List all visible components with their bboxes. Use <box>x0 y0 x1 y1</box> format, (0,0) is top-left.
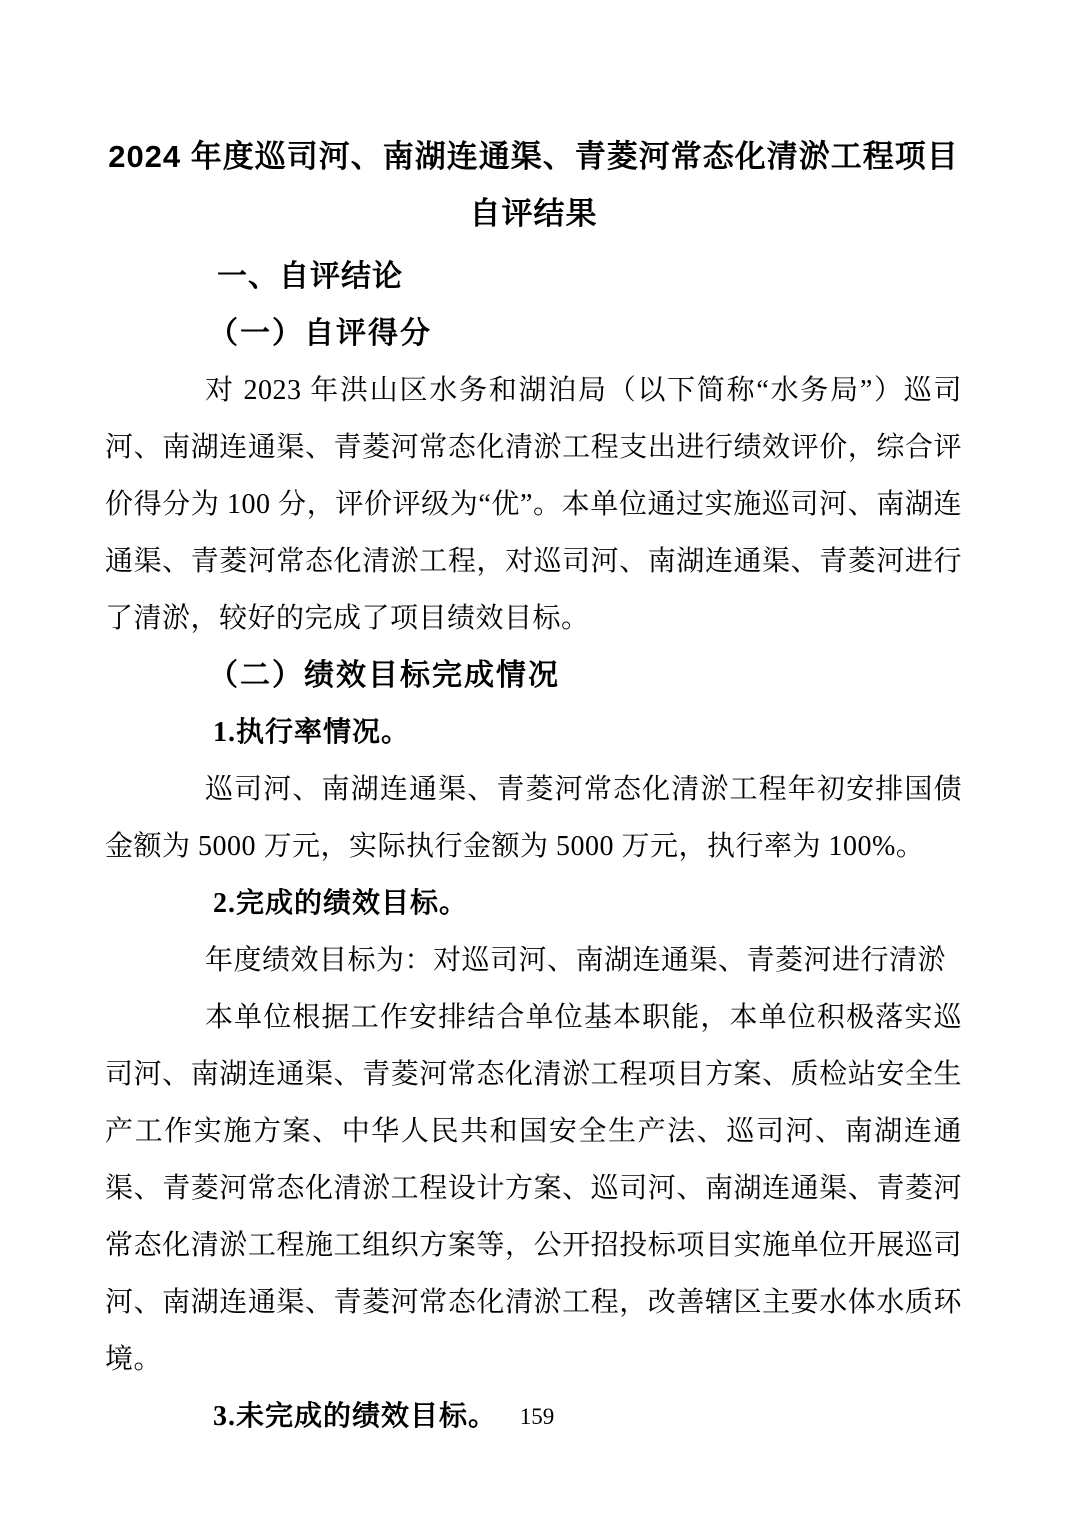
paragraph-self-evaluation-score: 对 2023 年洪山区水务和湖泊局（以下简称“水务局”）巡司河、南湖连通渠、青菱… <box>105 362 962 647</box>
heading-item-1-execution-rate: 1.执行率情况。 <box>213 704 962 761</box>
paragraph-execution-rate: 巡司河、南湖连通渠、青菱河常态化清淤工程年初安排国债金额为 5000 万元，实际… <box>105 761 962 875</box>
document-content: 2024 年度巡司河、南湖连通渠、青菱河常态化清淤工程项目自评结果 一、自评结论… <box>0 0 1074 1445</box>
heading-subsection-1-2: （二）绩效目标完成情况 <box>208 647 962 704</box>
document-page: 2024 年度巡司河、南湖连通渠、青菱河常态化清淤工程项目自评结果 一、自评结论… <box>0 0 1074 1520</box>
paragraph-goal-implementation: 本单位根据工作安排结合单位基本职能，本单位积极落实巡司河、南湖连通渠、青菱河常态… <box>105 989 962 1388</box>
heading-item-2-completed-goals: 2.完成的绩效目标。 <box>213 875 962 932</box>
page-number: 159 <box>0 1403 1074 1431</box>
heading-subsection-1-1: （一）自评得分 <box>208 305 962 362</box>
heading-section-1: 一、自评结论 <box>217 248 962 305</box>
paragraph-annual-goal: 年度绩效目标为：对巡司河、南湖连通渠、青菱河进行清淤 <box>105 932 962 989</box>
document-title: 2024 年度巡司河、南湖连通渠、青菱河常态化清淤工程项目自评结果 <box>105 128 962 242</box>
